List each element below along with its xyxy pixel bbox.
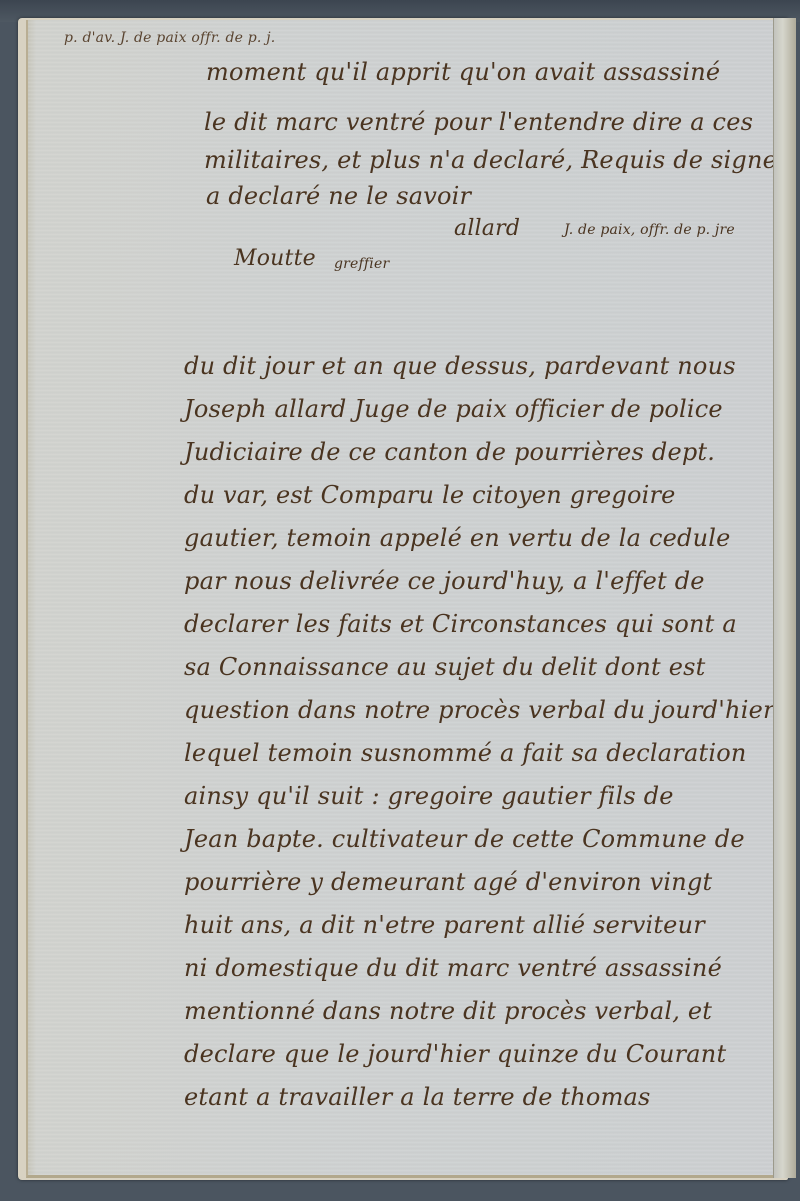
text-line: pourrière y demeurant agé d'environ ving… bbox=[184, 868, 712, 896]
clerk-title: greffier bbox=[334, 256, 389, 272]
manuscript-page: p. d'av. J. de paix offr. de p. j. momen… bbox=[26, 20, 786, 1178]
text-line: ainsy qu'il suit : gregoire gautier fils… bbox=[184, 782, 674, 810]
text-line: Jean bapte. cultivateur de cette Commune… bbox=[184, 825, 745, 853]
text-line: Joseph allard Juge de paix officier de p… bbox=[184, 395, 723, 423]
text-line: ni domestique du dit marc ventré assassi… bbox=[184, 954, 722, 982]
text-line: militaires, et plus n'a declaré, Requis … bbox=[204, 146, 789, 174]
text-line: moment qu'il apprit qu'on avait assassin… bbox=[206, 58, 720, 86]
judge-title: J. de paix, offr. de p. jre bbox=[564, 222, 735, 238]
margin-annotation: p. d'av. J. de paix offr. de p. j. bbox=[64, 30, 275, 46]
text-line: declarer les faits et Circonstances qui … bbox=[184, 610, 737, 638]
text-line: question dans notre procès verbal du jou… bbox=[184, 696, 775, 724]
text-line: a declaré ne le savoir bbox=[206, 182, 471, 210]
judge-signature: allard bbox=[454, 216, 520, 241]
clerk-signature: Moutte bbox=[234, 246, 316, 271]
text-line: mentionné dans notre dit procès verbal, … bbox=[184, 997, 712, 1025]
text-line: Judiciaire de ce canton de pourrières de… bbox=[184, 438, 715, 466]
text-line: lequel temoin susnommé a fait sa declara… bbox=[184, 739, 747, 767]
text-line: etant a travailler a la terre de thomas bbox=[184, 1083, 651, 1111]
text-line: le dit marc ventré pour l'entendre dire … bbox=[204, 108, 753, 136]
text-line: sa Connaissance au sujet du delit dont e… bbox=[184, 653, 705, 681]
text-line: du dit jour et an que dessus, pardevant … bbox=[184, 352, 736, 380]
text-line: par nous delivrée ce jourd'huy, a l'effe… bbox=[184, 567, 705, 595]
text-line: gautier, temoin appelé en vertu de la ce… bbox=[184, 524, 731, 552]
text-line: du var, est Comparu le citoyen gregoire bbox=[184, 481, 676, 509]
text-line: huit ans, a dit n'etre parent allié serv… bbox=[184, 911, 705, 939]
text-line: declare que le jourd'hier quinze du Cour… bbox=[184, 1040, 726, 1068]
